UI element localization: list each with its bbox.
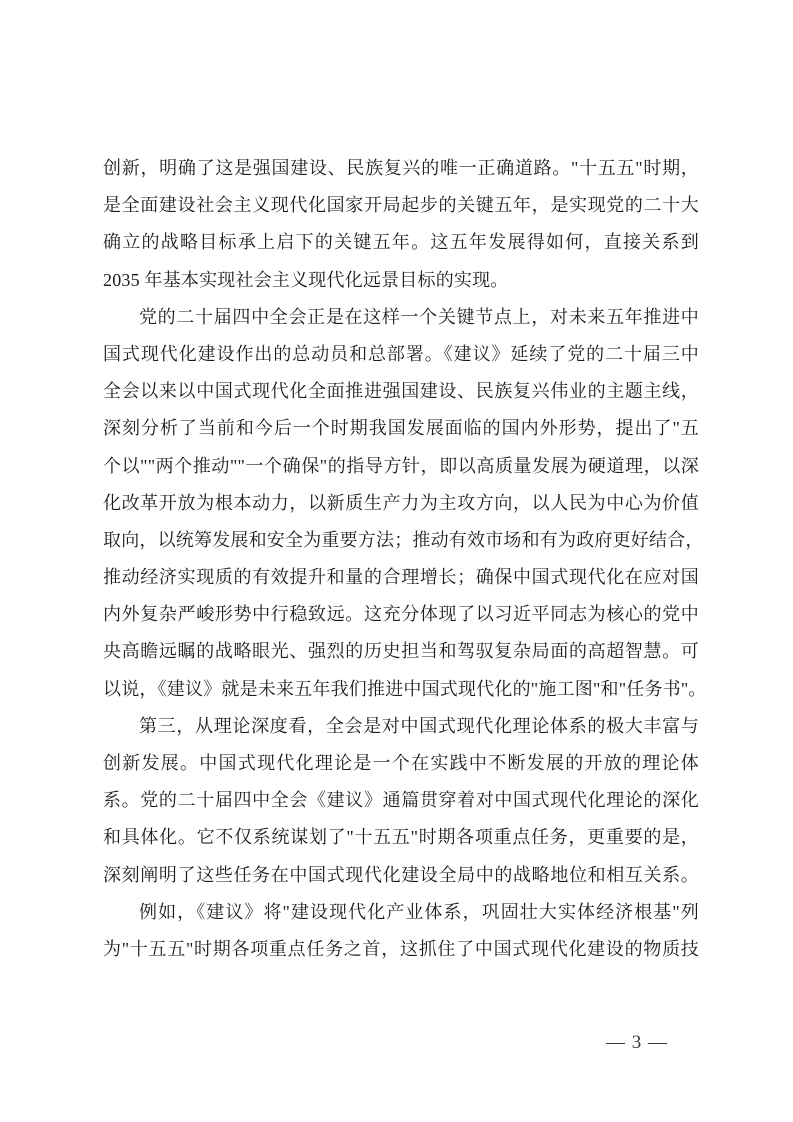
text-line: 取向，以统筹发展和安全为重要方法；推动有效市场和有为政府更好结合， — [103, 522, 699, 559]
page-number: — 3 — — [577, 1030, 697, 1056]
text-line-paragraph-start: 第三，从理论深度看，全会是对中国式现代化理论体系的极大丰富与 — [103, 708, 699, 745]
text-line: 2035 年基本实现社会主义现代化远景目标的实现。 — [103, 262, 699, 299]
text-line: 创新发展。中国式现代化理论是一个在实践中不断发展的开放的理论体 — [103, 745, 699, 782]
body-text: 创新，明确了这是强国建设、民族复兴的唯一正确道路。"十五五"时期， 是全面建设社… — [103, 150, 699, 968]
text-line: 系。党的二十届四中全会《建议》通篇贯穿着对中国式现代化理论的深化 — [103, 782, 699, 819]
document-page: 创新，明确了这是强国建设、民族复兴的唯一正确道路。"十五五"时期， 是全面建设社… — [0, 0, 793, 1122]
text-line: 全会以来以中国式现代化全面推进强国建设、民族复兴伟业的主题主线， — [103, 373, 699, 410]
text-line: 内外复杂严峻形势中行稳致远。这充分体现了以习近平同志为核心的党中 — [103, 596, 699, 633]
text-line: 推动经济实现质的有效提升和量的合理增长；确保中国式现代化在应对国 — [103, 559, 699, 596]
text-line: 以说，《建议》就是未来五年我们推进中国式现代化的"施工图"和"任务书"。 — [103, 671, 699, 708]
text-line: 和具体化。它不仅系统谋划了"十五五"时期各项重点任务，更重要的是， — [103, 819, 699, 856]
text-line: 深刻阐明了这些任务在中国式现代化建设全局中的战略地位和相互关系。 — [103, 857, 699, 894]
text-line: 是全面建设社会主义现代化国家开局起步的关键五年，是实现党的二十大 — [103, 187, 699, 224]
text-line: 化改革开放为根本动力，以新质生产力为主攻方向，以人民为中心为价值 — [103, 485, 699, 522]
text-line: 央高瞻远瞩的战略眼光、强烈的历史担当和驾驭复杂局面的高超智慧。可 — [103, 633, 699, 670]
text-line: 创新，明确了这是强国建设、民族复兴的唯一正确道路。"十五五"时期， — [103, 150, 699, 187]
text-line: 为"十五五"时期各项重点任务之首，这抓住了中国式现代化建设的物质技 — [103, 931, 699, 968]
text-line: 个以""两个推动""一个确保"的指导方针，即以高质量发展为硬道理，以深 — [103, 448, 699, 485]
text-line: 深刻分析了当前和今后一个时期我国发展面临的国内外形势，提出了"五 — [103, 410, 699, 447]
text-line-paragraph-start: 党的二十届四中全会正是在这样一个关键节点上，对未来五年推进中 — [103, 299, 699, 336]
text-line: 国式现代化建设作出的总动员和总部署。《建议》延续了党的二十届三中 — [103, 336, 699, 373]
text-line: 确立的战略目标承上启下的关键五年。这五年发展得如何，直接关系到 — [103, 224, 699, 261]
text-line-paragraph-start: 例如，《建议》将"建设现代化产业体系，巩固壮大实体经济根基"列 — [103, 894, 699, 931]
